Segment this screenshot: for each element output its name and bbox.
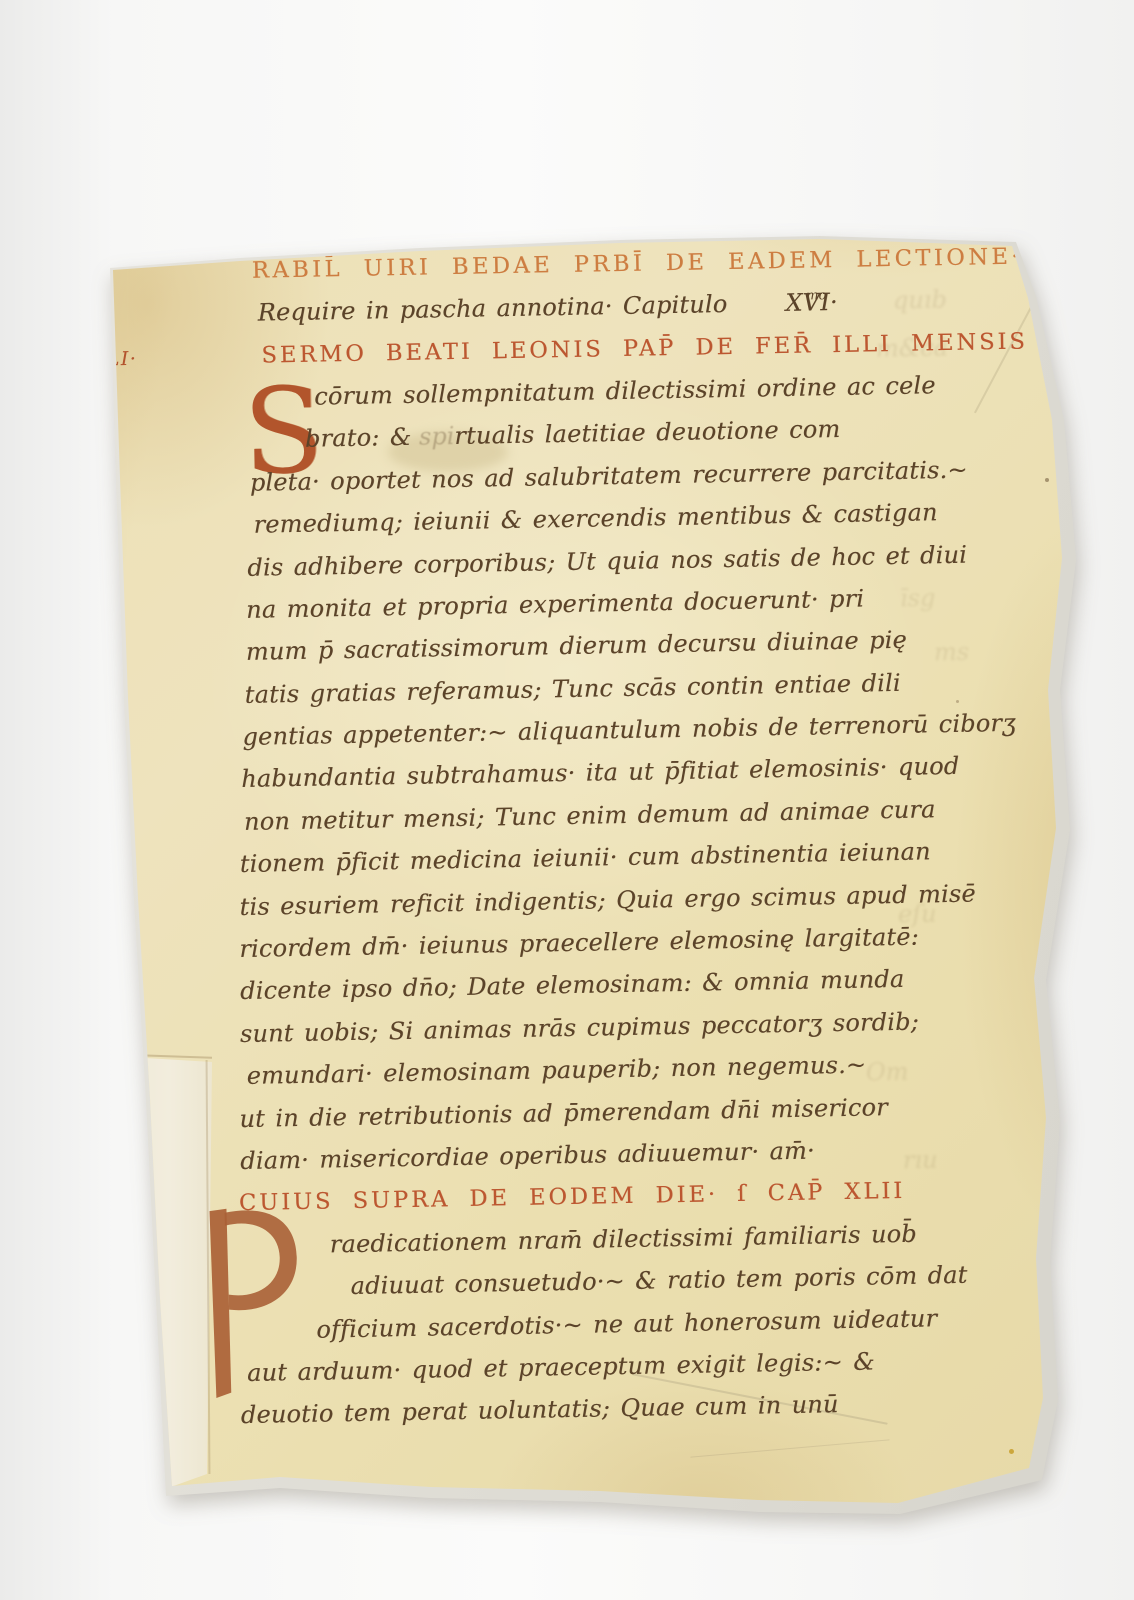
text-segment: dicente ipso dn̄o; Date elemosinam: & om… bbox=[240, 965, 905, 1005]
text-segment: habundantia subtrahamus· ita ut p̄fitiat… bbox=[241, 752, 960, 793]
ink-speck bbox=[1045, 478, 1049, 482]
text-segment: remediumq; ieiunii & exercendis mentibus… bbox=[253, 498, 938, 539]
pigment-speck bbox=[1009, 1449, 1014, 1454]
text-segment: brato: & bbox=[305, 423, 412, 453]
text-segment: tionem p̄ficit medicina ieiunii· cum abs… bbox=[240, 838, 931, 879]
spacer bbox=[728, 311, 786, 312]
superscript-abbreviation: mo bbox=[806, 275, 827, 318]
rubric-segment: RABIL̄ UIRI BEDAE PRBĪ DE EADEM LECTIONE… bbox=[252, 243, 1023, 283]
text-segment: mum p̄ sacratissimorum dierum decursu di… bbox=[246, 626, 908, 666]
text-block: magister; Nemo enim potest haec signa fa… bbox=[180, 151, 1033, 1438]
parchment-leaf: quıbm&cāīsgmseſuOmrıu S magister; Nemo e… bbox=[0, 0, 1134, 1600]
text-segment: magister; Nemo enim potest haec signa fa… bbox=[265, 157, 1046, 199]
text-segment: tis esuriem reficit indigentis; Quia erg… bbox=[239, 879, 976, 920]
text-segment: nisi fuerit ds̄ cum eo; & reliqua; bbox=[253, 207, 663, 242]
text-segment: ut in die retributionis ad p̄merendam dn… bbox=[239, 1093, 888, 1133]
text-segment: non metitur mensi; Tunc enim demum ad an… bbox=[244, 795, 936, 836]
text-segment: pleta· oportet nos ad salubritatem recur… bbox=[250, 455, 968, 496]
text-segment: emundari· elemosinam pauperib; non negem… bbox=[246, 1051, 866, 1090]
text-segment: diam· misericordiae operibus adiuuemur· … bbox=[240, 1137, 815, 1176]
text-segment: XVI·mo bbox=[785, 288, 838, 317]
text-segment: gentias appetenter:~ aliquantulum nobis … bbox=[242, 709, 1016, 751]
text-segment: adiuuat consuetudo·~ & ratio tem poris c… bbox=[350, 1261, 967, 1300]
text-segment: tatis gratias referamus; Tunc scās conti… bbox=[244, 669, 901, 709]
rubric-segment: CUIUS SUPRA DE EODEM DIE· ſ CAP̄ XLII bbox=[239, 1178, 906, 1216]
text-segment: rtualis laetitiae deuotione com bbox=[454, 415, 840, 450]
text-segment: sunt uobis; Si animas nrās cupimus pecca… bbox=[240, 1007, 919, 1047]
photograph-of-manuscript-leaf: quıbm&cāīsgmseſuOmrıu S magister; Nemo e… bbox=[0, 0, 1134, 1600]
text-line: magister; Nemo enim potest haec signa fa… bbox=[180, 151, 1011, 209]
text-segment: dis adhibere corporibus; Ut quia nos sat… bbox=[247, 540, 967, 581]
text-segment: ricordem dm̄· ieiunus praecellere elemos… bbox=[239, 923, 919, 963]
text-segment: cōrum sollempnitatum dilectissimi ordine… bbox=[314, 371, 936, 410]
crease-mark bbox=[690, 1439, 889, 1458]
margin-chapter-number: ſ XLI· bbox=[75, 337, 138, 381]
text-segment: officium sacerdotis·~ ne aut honerosum u… bbox=[316, 1304, 937, 1343]
text-segment: aut arduum· quod et praeceptum exigit le… bbox=[247, 1347, 875, 1386]
text-segment: raedicationem nram̄ dilectissimi familia… bbox=[330, 1219, 918, 1258]
parchment-surface: quıbm&cāīsgmseſuOmrıu S magister; Nemo e… bbox=[0, 0, 1134, 1600]
text-segment: deuotio tem perat uoluntatis; Quae cum i… bbox=[241, 1390, 839, 1429]
text-segment: spi bbox=[411, 422, 454, 451]
rubric-segment: ITEM OMEL̄ UENE bbox=[682, 203, 964, 234]
rubric-segment: SERMO BEATI LEONIS PAP̄ DE FER̄ ILLI MEN… bbox=[261, 327, 1105, 368]
text-segment: Require in pascha annotina· Capitulo bbox=[257, 290, 727, 327]
text-segment: na monita et propria experimenta docueru… bbox=[246, 584, 865, 623]
